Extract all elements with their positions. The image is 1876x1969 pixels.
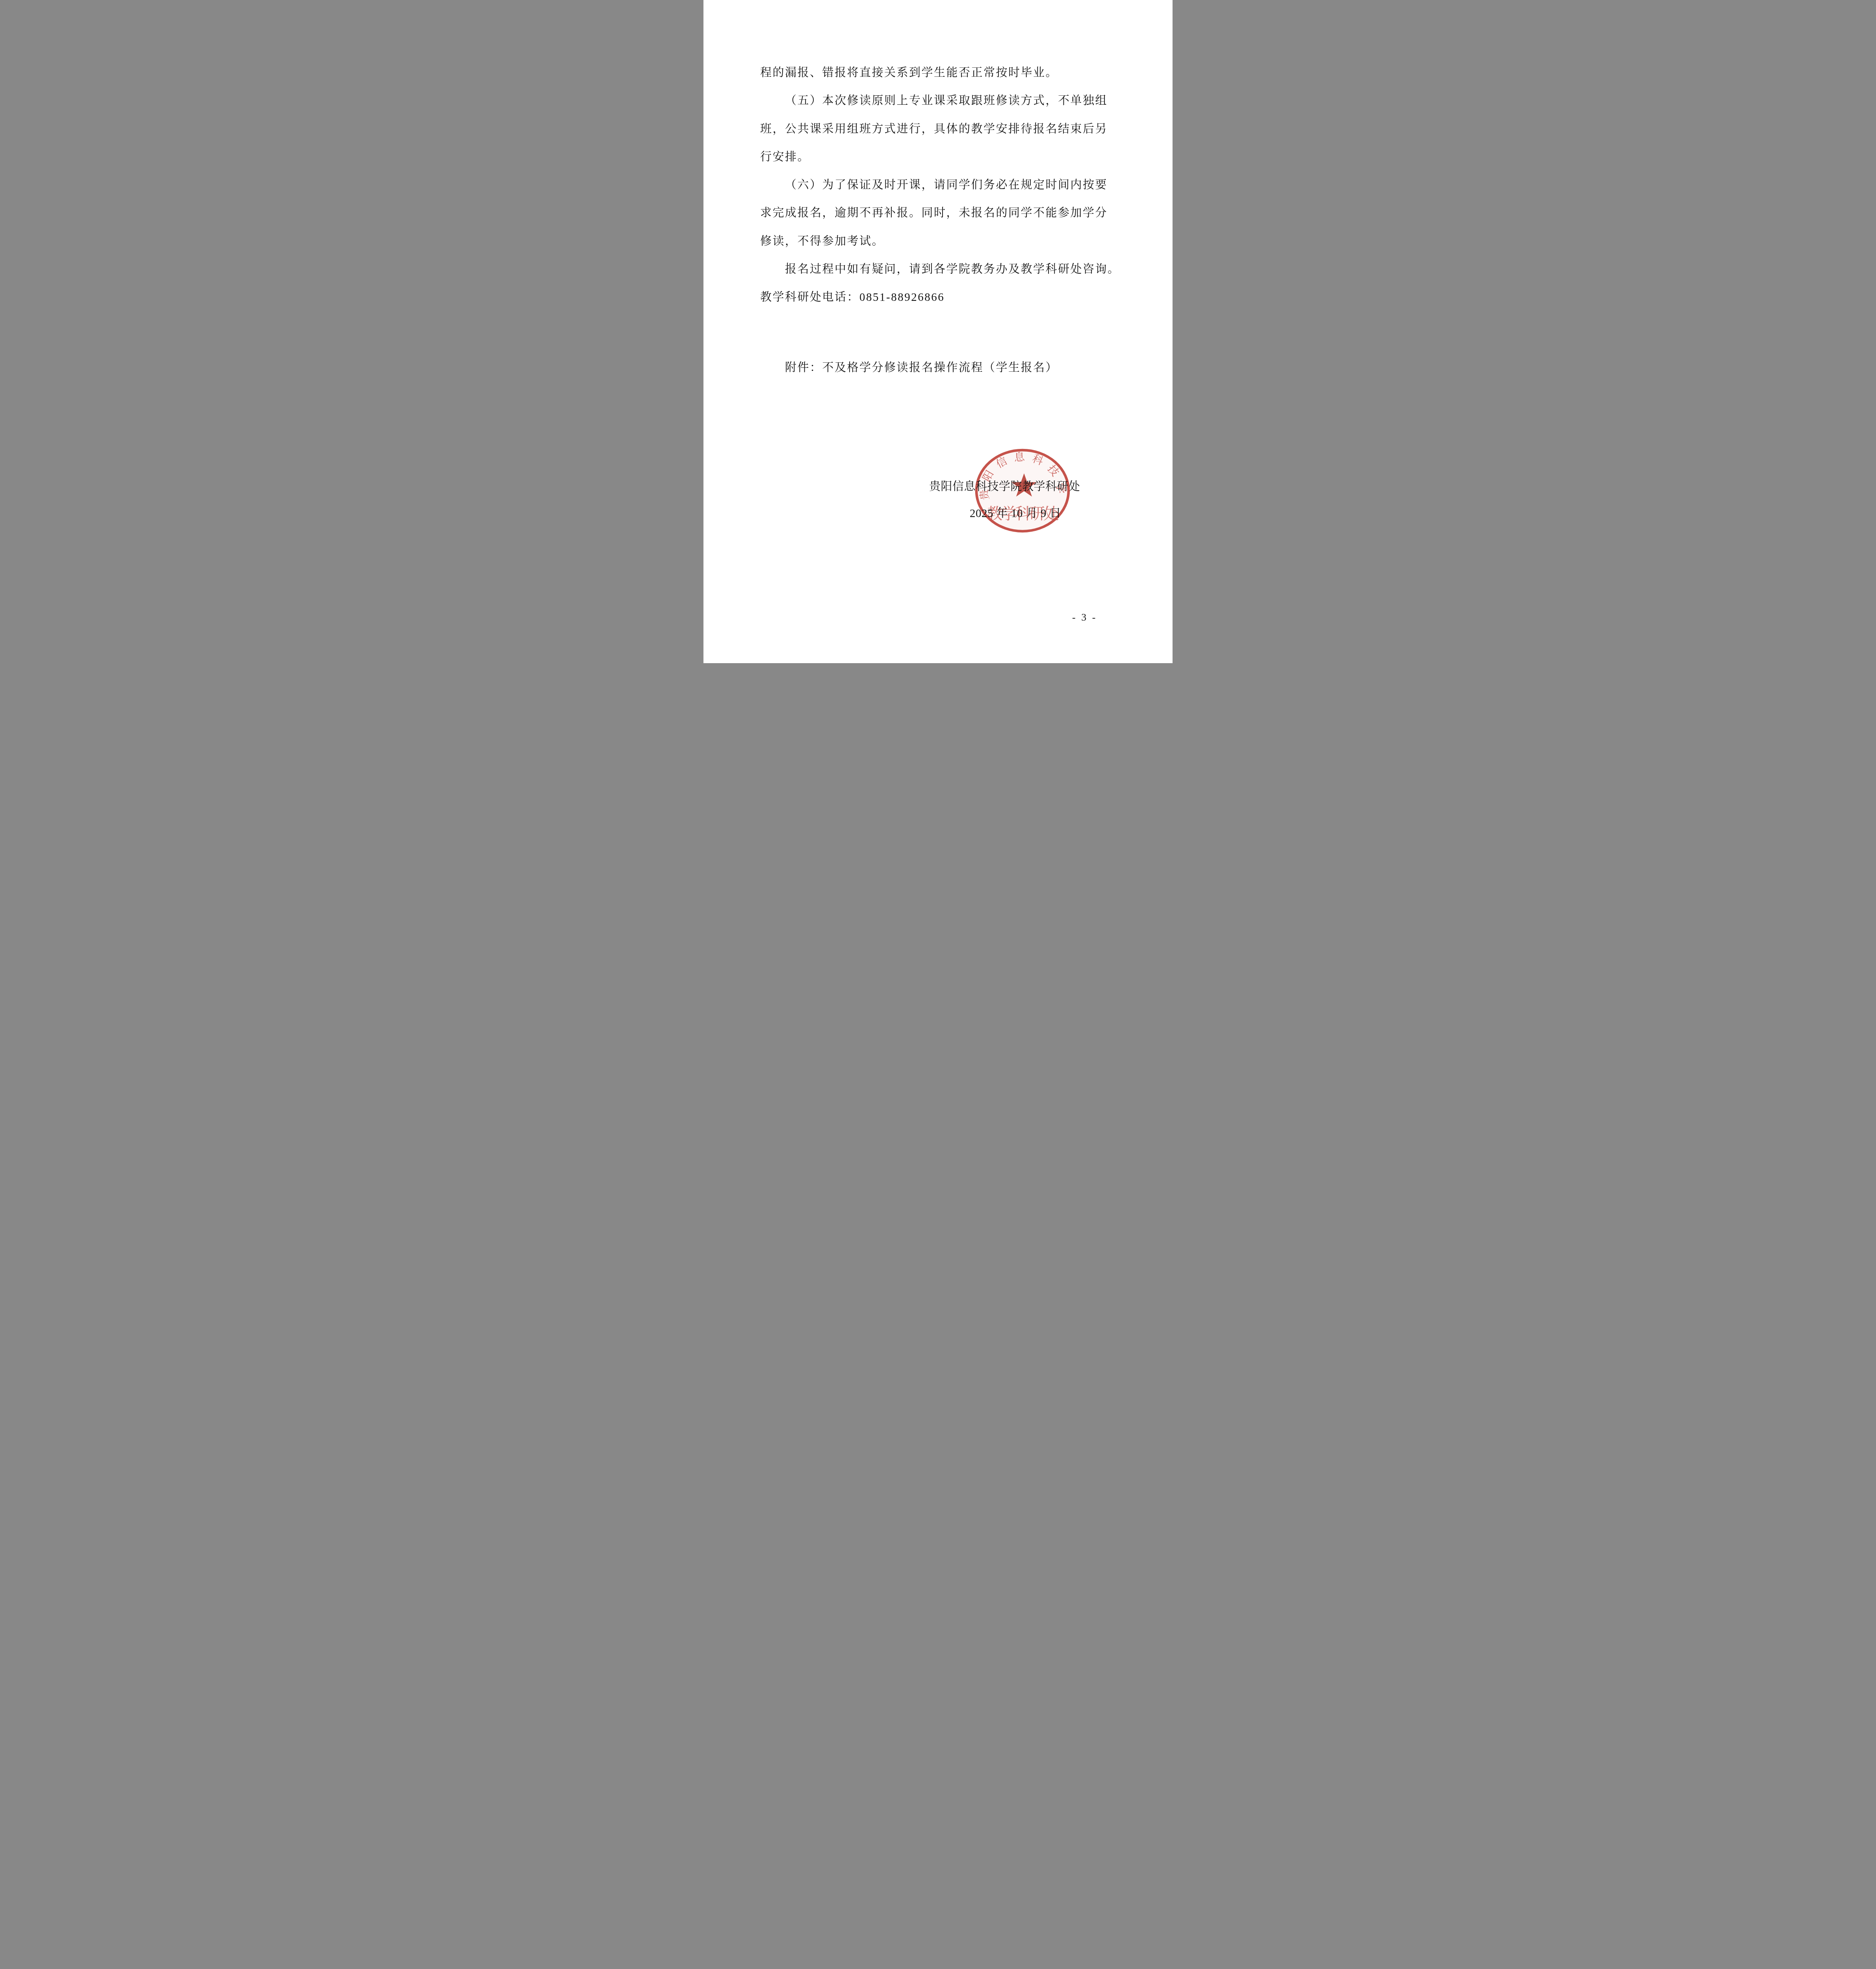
text-line: 报名过程中如有疑问，请到各学院教务办及教学科研处咨询。 <box>760 256 1123 284</box>
page-number: - 3 - <box>1072 610 1097 625</box>
body-text: 程的漏报、错报将直接关系到学生能否正常按时毕业。 （五）本次修读原则上专业课采取… <box>760 59 1123 312</box>
text-line: 程的漏报、错报将直接关系到学生能否正常按时毕业。 <box>760 59 1123 87</box>
signature-line: 贵阳信息科技学院教学科研处 <box>929 479 1080 495</box>
attachment-line: 附件：不及格学分修读报名操作流程（学生报名） <box>760 354 1058 382</box>
text-line: 修读，不得参加考试。 <box>760 228 1123 256</box>
text-line: 行安排。 <box>760 143 1123 171</box>
text-line: 教学科研处电话：0851-88926866 <box>760 284 1123 311</box>
text-line: （五）本次修读原则上专业课采取跟班修读方式，不单独组 <box>760 87 1123 115</box>
document-page: 程的漏报、错报将直接关系到学生能否正常按时毕业。 （五）本次修读原则上专业课采取… <box>703 0 1173 663</box>
text-line: （六）为了保证及时开课，请同学们务必在规定时间内按要 <box>760 171 1123 199</box>
date-line: 2025 年 10 月 9 日 <box>970 506 1061 521</box>
text-line: 求完成报名，逾期不再补报。同时，未报名的同学不能参加学分 <box>760 199 1123 227</box>
text-line: 班，公共课采用组班方式进行，具体的教学安排待报名结束后另 <box>760 115 1123 143</box>
